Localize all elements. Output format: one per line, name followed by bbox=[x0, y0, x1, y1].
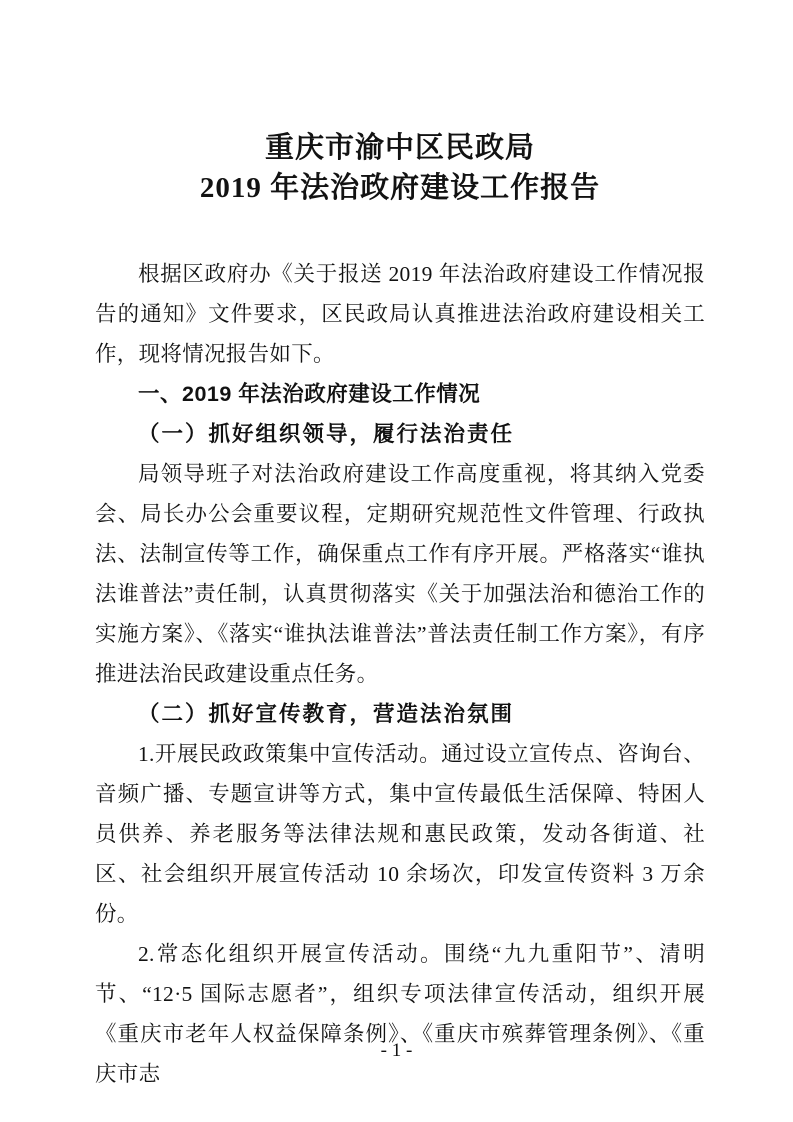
document-page: 重庆市渝中区民政局 2019 年法治政府建设工作报告 根据区政府办《关于报送 2… bbox=[0, 0, 793, 1122]
document-title-block: 重庆市渝中区民政局 2019 年法治政府建设工作报告 bbox=[95, 128, 705, 208]
paragraph-publicity-campaign-1: 1.开展民政政策集中宣传活动。通过设立宣传点、咨询台、音频广播、专题宣讲等方式，… bbox=[95, 734, 705, 934]
subsection-heading-1-2: （二）抓好宣传教育，营造法治氛围 bbox=[95, 694, 705, 734]
page-number: - 1 - bbox=[0, 1038, 793, 1064]
paragraph-organization-leadership: 局领导班子对法治政府建设工作高度重视，将其纳入党委会、局长办公会重要议程，定期研… bbox=[95, 454, 705, 694]
document-title-line2: 2019 年法治政府建设工作报告 bbox=[95, 168, 705, 208]
paragraph-intro: 根据区政府办《关于报送 2019 年法治政府建设工作情况报告的通知》文件要求，区… bbox=[95, 254, 705, 374]
document-text-area: 重庆市渝中区民政局 2019 年法治政府建设工作报告 根据区政府办《关于报送 2… bbox=[95, 128, 705, 1094]
document-title-line1: 重庆市渝中区民政局 bbox=[95, 128, 705, 168]
paragraph-publicity-campaign-2: 2.常态化组织开展宣传活动。围绕“九九重阳节”、清明节、“12·5 国际志愿者”… bbox=[95, 934, 705, 1094]
section-heading-1: 一、2019 年法治政府建设工作情况 bbox=[95, 374, 705, 414]
subsection-heading-1-1: （一）抓好组织领导，履行法治责任 bbox=[95, 414, 705, 454]
